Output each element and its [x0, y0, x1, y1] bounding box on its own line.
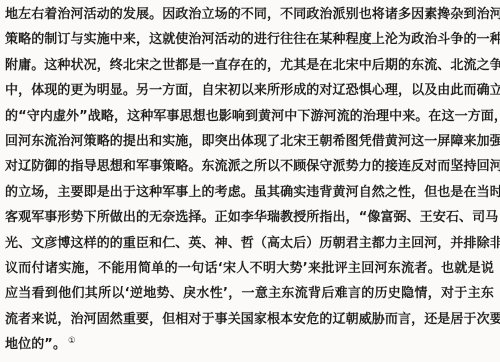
text-line: 的“守内虚外”战略，这种军事思想也影响到黄河中下游河流的治理中来。在这一方面，: [5, 104, 494, 129]
text-line: 议而付诸实施，不能用简单的一句话‘宋人不明大势’来批评主回河东流者。也就是说: [5, 256, 494, 281]
text-line: 回河东流治河策略的提出和实施，即突出体现了北宋王朝希图凭借黄河这一屏障来加强: [5, 129, 494, 154]
text-line: 应当看到他们其所以‘逆地势、戾水性’，一意主东流背后难言的历史隐情，对于主东: [5, 281, 494, 306]
text-line: 地左右着治河活动的发展。因政治立场的不同，不同政治派别也将诸多因素搀杂到治河: [5, 2, 494, 27]
text-line: 中，体现的更为明显。另一方面，自宋初以来所形成的对辽恐惧心理，以及由此而确立: [5, 78, 494, 103]
text-line-last: 地位的”。①: [5, 332, 494, 357]
text-line: 光、文彦博这样的的重臣和仁、英、神、哲（高太后）历朝君主都力主回河，并排除非: [5, 231, 494, 256]
text-line: 流者来说，治河固然重要，但相对于事关国家根本安危的辽朝威胁而言，还是居于次要: [5, 307, 494, 332]
text-line: 的立场，主要即是出于这种军事上的考虑。虽其确实违背黄河自然之性，但也是在当时: [5, 180, 494, 205]
text-line: 策略的制订与实施中来，这就使治河活动的进行往往在某种程度上沦为政治斗争的一种: [5, 27, 494, 52]
text-line: 客观军事形势下所做出的无奈选择。正如李华瑞教授所指出，“像富弼、王安石、司马: [5, 205, 494, 230]
text-line: 附庸。这种状况，终北宋之世都是一直存在的，尤其是在北宋中后期的东流、北流之争: [5, 53, 494, 78]
text-line: 对辽防御的指导思想和军事策略。东流派之所以不顾保守派势力的接连反对而坚持回河: [5, 154, 494, 179]
document-page: 地左右着治河活动的发展。因政治立场的不同，不同政治派别也将诸多因素搀杂到治河 策…: [0, 0, 500, 362]
last-line-text: 地位的”。: [5, 337, 66, 352]
footnote-marker: ①: [68, 336, 76, 346]
